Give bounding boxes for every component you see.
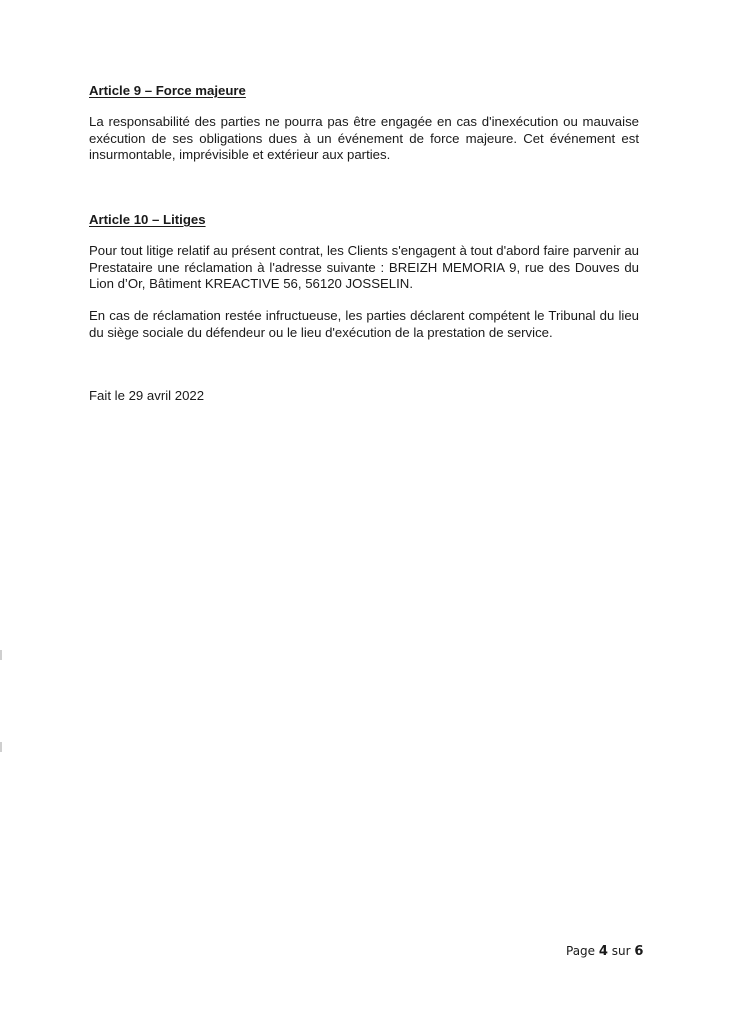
total-pages-number: 6 [634,944,643,959]
signature-date-line: Fait le 29 avril 2022 [89,388,639,405]
article-10-heading: Article 10 – Litiges [89,212,206,227]
page-label: Page [566,944,595,958]
scan-artifact-mark [0,742,2,752]
article-9-heading: Article 9 – Force majeure [89,83,246,98]
of-label: sur [612,944,631,958]
scan-artifact-mark [0,650,2,660]
document-page: Article 9 – Force majeure La responsabil… [0,0,743,1023]
current-page-number: 4 [599,944,608,959]
article-10-paragraph-2: En cas de réclamation restée infructueus… [89,308,639,341]
article-9-paragraph: La responsabilité des parties ne pourra … [89,114,639,164]
article-10-paragraph-1: Pour tout litige relatif au présent cont… [89,243,639,293]
page-number-footer: Page 4 sur 6 [566,944,643,959]
